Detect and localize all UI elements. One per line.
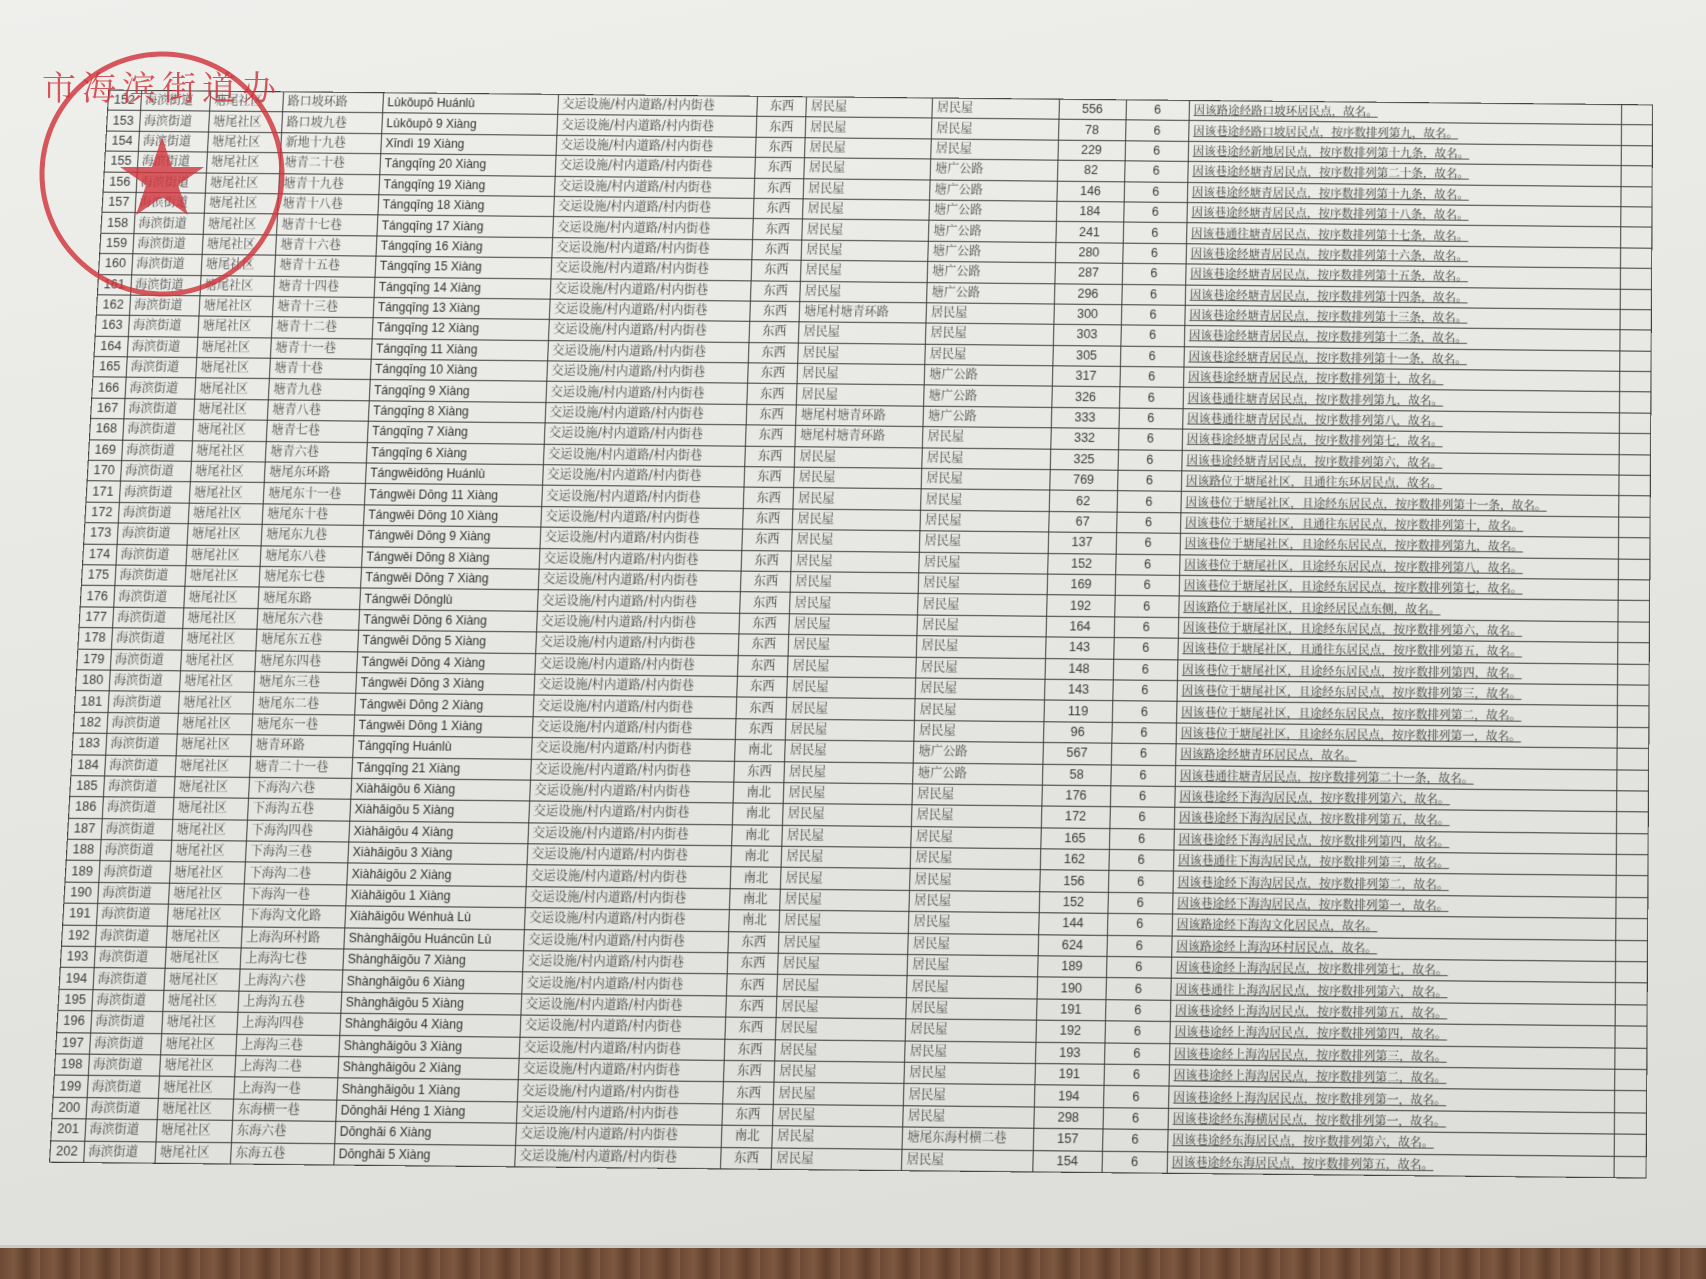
start-point-cell: 居民屋 — [778, 932, 908, 955]
standard-name-cell: 路口坡九巷 — [282, 112, 383, 133]
direction-cell: 东西 — [726, 996, 777, 1018]
blank-cell — [1619, 454, 1650, 475]
end-point-cell: 居民屋 — [910, 869, 1040, 892]
direction-cell: 南北 — [732, 825, 783, 847]
standard-name-cell: 上海沟二巷 — [235, 1056, 339, 1079]
direction-cell: 东西 — [746, 404, 796, 425]
pinyin-cell: Tángqīng 20 Xiàng — [380, 154, 556, 176]
pinyin-cell: Dōnghǎi Héng 1 Xiàng — [336, 1100, 518, 1123]
row-number: 197 — [56, 1032, 91, 1054]
category-cell: 交运设施/村内道路/村内街巷 — [537, 590, 740, 613]
row-number: 162 — [96, 295, 130, 316]
width-cell: 6 — [1121, 305, 1185, 326]
direction-cell: 南北 — [730, 889, 781, 911]
width-cell: 6 — [1107, 914, 1172, 936]
start-point-cell: 居民屋 — [802, 219, 929, 241]
length-cell: 280 — [1055, 242, 1123, 263]
length-cell: 325 — [1050, 449, 1118, 470]
community-cell: 塘尾社区 — [178, 692, 254, 714]
pinyin-cell: Tángwěi Dōng 10 Xiàng — [363, 505, 541, 528]
row-number: 167 — [91, 398, 125, 419]
pinyin-cell: Xiàhǎigōu 1 Xiàng — [346, 885, 526, 908]
end-point-cell: 塘广公路 — [930, 180, 1057, 202]
blank-cell — [1618, 601, 1649, 622]
length-cell: 317 — [1052, 366, 1120, 387]
blank-cell — [1621, 289, 1652, 310]
community-cell: 塘尾社区 — [201, 255, 276, 276]
end-point-cell: 居民屋 — [914, 720, 1043, 742]
direction-cell: 南北 — [730, 867, 781, 889]
pinyin-cell: Tángqīng 11 Xiàng — [371, 339, 548, 361]
standard-name-cell: 下海沟六巷 — [249, 777, 352, 799]
category-cell: 交运设施/村内道路/村内街巷 — [552, 237, 753, 259]
length-cell: 190 — [1037, 977, 1107, 999]
standard-name-cell: 塘尾东十一巷 — [263, 483, 365, 505]
category-cell: 交运设施/村内道路/村内街巷 — [556, 135, 757, 157]
community-cell: 塘尾社区 — [182, 608, 258, 630]
end-point-cell: 居民屋 — [909, 912, 1039, 935]
category-cell: 交运设施/村内道路/村内街巷 — [555, 156, 756, 178]
width-cell: 6 — [1103, 1107, 1169, 1129]
standard-name-cell: 下海沟一巷 — [243, 884, 346, 906]
street-cell: 海滨街道 — [97, 882, 169, 904]
width-cell: 6 — [1107, 935, 1172, 957]
length-cell: 165 — [1040, 828, 1109, 850]
width-cell: 6 — [1111, 743, 1176, 765]
width-cell: 6 — [1115, 554, 1179, 576]
start-point-cell: 居民屋 — [797, 363, 925, 385]
blank-cell — [1621, 227, 1652, 248]
street-cell: 海滨街道 — [125, 378, 196, 399]
blank-cell — [1616, 897, 1648, 919]
length-cell: 169 — [1047, 574, 1116, 596]
street-cell: 海滨街道 — [102, 797, 174, 819]
end-point-cell: 居民屋 — [912, 784, 1042, 807]
length-cell: 300 — [1053, 304, 1121, 325]
direction-cell: 南北 — [722, 1125, 773, 1147]
direction-cell: 东西 — [741, 550, 791, 571]
end-point-cell: 塘广公路 — [927, 282, 1055, 304]
street-cell: 海滨街道 — [104, 755, 176, 777]
start-point-cell: 居民屋 — [791, 551, 920, 573]
start-point-cell: 居民屋 — [790, 593, 919, 615]
category-cell: 交运设施/村内道路/村内街巷 — [533, 695, 737, 718]
category-cell: 交运设施/村内道路/村内街巷 — [518, 1058, 724, 1082]
direction-cell: 东西 — [749, 322, 799, 343]
length-cell: 194 — [1034, 1085, 1104, 1107]
end-point-cell: 居民屋 — [904, 1062, 1035, 1085]
category-cell: 交运设施/村内道路/村内街巷 — [515, 1123, 722, 1147]
street-cell: 海滨街道 — [93, 968, 165, 990]
street-cell: 海滨街道 — [117, 523, 188, 545]
blank-cell — [1622, 125, 1653, 146]
start-point-cell: 塘尾村塘青环路 — [795, 426, 923, 448]
start-point-cell: 居民屋 — [803, 178, 930, 200]
length-cell: 326 — [1051, 387, 1119, 408]
start-point-cell: 居民屋 — [775, 1039, 906, 1062]
street-cell: 海滨街道 — [108, 691, 180, 713]
start-point-cell: 居民屋 — [798, 343, 926, 365]
pinyin-cell: Tángwěi Dōng 7 Xiàng — [360, 567, 539, 590]
row-number: 181 — [74, 691, 108, 712]
street-cell: 海滨街道 — [87, 1076, 160, 1098]
standard-name-cell: 塘尾东八巷 — [260, 545, 362, 567]
length-cell: 296 — [1054, 283, 1122, 304]
community-cell: 塘尾社区 — [171, 819, 247, 841]
width-cell: 6 — [1112, 701, 1177, 723]
length-cell: 287 — [1054, 263, 1122, 284]
width-cell: 6 — [1113, 680, 1178, 702]
direction-cell: 东西 — [736, 718, 787, 740]
community-cell: 塘尾社区 — [208, 111, 282, 132]
blank-cell — [1621, 268, 1652, 289]
row-number: 160 — [99, 254, 133, 275]
length-cell: 192 — [1036, 1020, 1106, 1042]
pinyin-cell: Tángqīng 14 Xiàng — [374, 277, 551, 299]
row-number: 185 — [70, 776, 104, 798]
pinyin-cell: Tángwěi Dōng 11 Xiàng — [364, 484, 542, 507]
end-point-cell: 居民屋 — [916, 657, 1045, 679]
width-cell: 6 — [1118, 429, 1182, 450]
community-cell: 塘尾社区 — [156, 1120, 233, 1142]
community-cell: 塘尾社区 — [200, 275, 275, 296]
community-cell: 塘尾社区 — [203, 214, 278, 235]
place-name-table-container: 152海滨街道塘尾社区路口坡环路Lùkǒupō Huánlù交运设施/村内道路/… — [49, 90, 1653, 1179]
width-cell: 6 — [1114, 596, 1179, 618]
end-point-cell: 塘广公路 — [924, 385, 1052, 407]
category-cell: 交运设施/村内道路/村内街巷 — [515, 1145, 722, 1169]
street-cell: 海滨街道 — [101, 818, 173, 840]
end-point-cell: 居民屋 — [925, 344, 1053, 366]
category-cell: 交运设施/村内道路/村内街巷 — [541, 506, 744, 529]
direction-cell: 东西 — [736, 697, 787, 719]
start-point-cell: 居民屋 — [788, 656, 917, 678]
start-point-cell: 居民屋 — [771, 1148, 902, 1171]
category-cell: 交运设施/村内道路/村内街巷 — [544, 423, 746, 446]
end-point-cell: 居民屋 — [915, 678, 1044, 700]
pinyin-cell: Tángqīng 6 Xiàng — [366, 442, 544, 465]
street-cell: 海滨街道 — [130, 274, 201, 295]
standard-name-cell: 塘青十八巷 — [278, 194, 379, 215]
pinyin-cell: Tángqīng 15 Xiàng — [375, 256, 552, 278]
end-point-cell: 居民屋 — [906, 1019, 1037, 1042]
community-cell: 塘尾社区 — [180, 650, 256, 672]
start-point-cell: 居民屋 — [781, 868, 911, 891]
pinyin-cell: Tángqīng 7 Xiàng — [367, 421, 545, 443]
start-point-cell: 居民屋 — [788, 635, 917, 657]
standard-name-cell: 下海沟五巷 — [248, 799, 351, 821]
end-point-cell: 居民屋 — [932, 98, 1059, 120]
community-cell: 塘尾社区 — [179, 671, 255, 693]
street-cell: 海滨街道 — [138, 131, 208, 152]
row-number: 179 — [77, 649, 111, 670]
width-cell: 6 — [1110, 786, 1175, 808]
category-cell: 交运设施/村内道路/村内街巷 — [529, 780, 734, 803]
community-cell: 塘尾社区 — [176, 734, 252, 756]
community-cell: 塘尾社区 — [189, 482, 264, 504]
street-cell: 海滨街道 — [129, 295, 200, 316]
row-number: 196 — [57, 1011, 92, 1033]
row-number: 163 — [95, 315, 129, 336]
length-cell: 154 — [1032, 1150, 1102, 1172]
pinyin-cell: Tángqīng 17 Xiàng — [377, 215, 554, 237]
end-point-cell: 居民屋 — [915, 699, 1044, 721]
community-cell: 塘尾社区 — [184, 587, 259, 609]
start-point-cell: 居民屋 — [790, 572, 919, 594]
width-cell: 6 — [1124, 161, 1188, 182]
street-cell: 海滨街道 — [140, 90, 210, 111]
width-cell: 6 — [1108, 871, 1173, 893]
pinyin-cell: Lùkǒupō Huánlù — [382, 93, 558, 115]
street-cell: 海滨街道 — [131, 254, 202, 275]
end-point-cell: 塘广公路 — [925, 365, 1053, 387]
row-number: 176 — [80, 586, 114, 607]
end-point-cell: 塘广公路 — [929, 200, 1056, 222]
community-cell: 塘尾社区 — [194, 378, 269, 399]
category-cell: 交运设施/村内道路/村内街巷 — [526, 865, 731, 888]
start-point-cell: 居民屋 — [801, 240, 928, 262]
row-number: 182 — [73, 712, 107, 733]
row-number: 202 — [50, 1140, 85, 1162]
community-cell: 塘尾社区 — [165, 947, 241, 969]
community-cell: 塘尾社区 — [161, 1012, 238, 1034]
standard-name-cell: 塘青八巷 — [267, 400, 369, 422]
direction-cell: 东西 — [748, 363, 798, 384]
row-number: 157 — [102, 192, 136, 213]
start-point-cell: 居民屋 — [794, 446, 922, 468]
start-point-cell: 居民屋 — [805, 138, 932, 160]
community-cell: 塘尾社区 — [186, 545, 261, 567]
street-cell: 海滨街道 — [91, 989, 163, 1011]
end-point-cell: 塘广公路 — [930, 159, 1057, 181]
direction-cell: 东西 — [747, 384, 797, 405]
end-point-cell: 居民屋 — [917, 615, 1046, 637]
standard-name-cell: 上海沟三巷 — [236, 1034, 340, 1057]
row-number: 174 — [83, 544, 117, 565]
standard-name-cell: 塘青七巷 — [266, 420, 368, 442]
direction-cell: 南北 — [733, 782, 784, 804]
length-cell: 146 — [1057, 181, 1125, 202]
width-cell: 6 — [1117, 491, 1181, 512]
community-cell: 塘尾社区 — [195, 358, 270, 379]
table-body: 152海滨街道塘尾社区路口坡环路Lùkǒupō Huánlù交运设施/村内道路/… — [50, 90, 1653, 1178]
end-point-cell: 塘广公路 — [928, 262, 1055, 284]
direction-cell: 南北 — [735, 740, 786, 762]
width-cell: 6 — [1115, 575, 1180, 597]
length-cell: 189 — [1037, 956, 1107, 978]
street-cell: 海滨街道 — [136, 172, 206, 193]
pinyin-cell: Xiàhǎigōu 4 Xiàng — [349, 821, 529, 844]
length-cell: 332 — [1050, 428, 1118, 449]
end-point-cell: 居民屋 — [919, 552, 1048, 574]
blank-cell — [1621, 207, 1652, 228]
pinyin-cell: Shànghǎigōu Huáncūn Lù — [344, 928, 525, 951]
start-point-cell: 居民屋 — [806, 97, 933, 119]
width-cell: 6 — [1122, 263, 1186, 284]
community-cell: 塘尾社区 — [204, 193, 279, 214]
standard-name-cell: 塘尾东一巷 — [252, 714, 355, 736]
length-cell: 303 — [1053, 325, 1121, 346]
direction-cell: 南北 — [731, 846, 782, 868]
length-cell: 164 — [1046, 616, 1115, 638]
pinyin-cell: Shànghǎigōu 4 Xiàng — [340, 1013, 521, 1036]
pinyin-cell: Tángwěi Dōng 4 Xiàng — [356, 651, 535, 674]
length-cell: 58 — [1042, 764, 1111, 786]
street-cell: 海滨街道 — [133, 213, 204, 234]
blank-cell — [1619, 580, 1650, 601]
street-cell: 海滨街道 — [123, 398, 194, 419]
start-point-cell: 居民屋 — [773, 1083, 904, 1106]
standard-name-cell: 塘尾东二巷 — [253, 693, 356, 715]
end-point-cell: 居民屋 — [904, 1084, 1035, 1107]
category-cell: 交运设施/村内道路/村内街巷 — [527, 844, 732, 867]
street-cell: 海滨街道 — [94, 947, 166, 969]
start-point-cell: 居民屋 — [772, 1126, 903, 1149]
width-cell: 6 — [1124, 181, 1188, 202]
length-cell: 184 — [1056, 201, 1124, 222]
blank-cell — [1617, 812, 1648, 834]
pinyin-cell: Tángqīng 16 Xiàng — [376, 236, 553, 258]
end-point-cell: 居民屋 — [917, 636, 1046, 658]
community-cell: 塘尾社区 — [158, 1076, 235, 1098]
street-cell: 海滨街道 — [106, 712, 178, 734]
end-point-cell: 居民屋 — [932, 118, 1059, 140]
direction-cell: 东西 — [752, 239, 802, 260]
category-cell: 交运设施/村内道路/村内街巷 — [540, 527, 743, 550]
direction-cell: 东西 — [754, 178, 804, 199]
street-cell: 海滨街道 — [88, 1054, 160, 1076]
length-cell: 193 — [1035, 1042, 1105, 1064]
direction-cell: 东西 — [756, 117, 806, 138]
row-number: 186 — [69, 797, 103, 819]
end-point-cell: 居民屋 — [906, 998, 1036, 1021]
standard-name-cell: 东海六巷 — [232, 1120, 336, 1143]
blank-cell — [1619, 496, 1650, 517]
end-point-cell: 居民屋 — [920, 531, 1049, 553]
street-cell: 海滨街道 — [96, 904, 168, 926]
standard-name-cell: 塘青十九巷 — [279, 173, 380, 194]
direction-cell: 东西 — [722, 1104, 773, 1126]
street-cell: 海滨街道 — [98, 861, 170, 883]
pinyin-cell: Xiàhǎigōu 6 Xiàng — [351, 778, 531, 801]
community-cell: 塘尾社区 — [193, 399, 268, 420]
direction-cell: 东西 — [734, 761, 785, 783]
standard-name-cell: 塘尾东十巷 — [262, 504, 364, 526]
start-point-cell: 居民屋 — [777, 975, 907, 998]
category-cell: 交运设施/村内道路/村内街巷 — [547, 361, 749, 384]
community-cell: 塘尾社区 — [177, 713, 253, 735]
width-cell: 6 — [1121, 325, 1185, 346]
row-number: 193 — [60, 946, 95, 968]
direction-cell: 南北 — [733, 803, 784, 825]
community-cell: 塘尾社区 — [205, 173, 280, 194]
category-cell: 交运设施/村内道路/村内街巷 — [551, 258, 752, 280]
community-cell: 塘尾社区 — [187, 524, 262, 546]
pinyin-cell: Tángqīng Huánlù — [353, 736, 533, 759]
category-cell: 交运设施/村内道路/村内街巷 — [525, 887, 730, 910]
standard-name-cell: 下海沟四巷 — [246, 820, 349, 842]
blank-cell — [1615, 1134, 1647, 1156]
end-point-cell: 塘广公路 — [914, 741, 1043, 763]
standard-name-cell: 塘青二十一巷 — [250, 756, 353, 778]
pinyin-cell: Tángqīng 21 Xiàng — [352, 757, 532, 780]
standard-name-cell: 下海沟文化路 — [242, 905, 345, 927]
standard-name-cell: 上海沟环村路 — [241, 927, 344, 949]
direction-cell: 东西 — [743, 508, 793, 529]
place-name-table: 152海滨街道塘尾社区路口坡环路Lùkǒupō Huánlù交运设施/村内道路/… — [49, 90, 1653, 1179]
category-cell: 交运设施/村内道路/村内街巷 — [522, 951, 728, 974]
direction-cell: 东西 — [750, 301, 800, 322]
standard-name-cell: 塘青十一巷 — [270, 338, 372, 360]
street-cell: 海滨街道 — [114, 565, 185, 587]
category-cell: 交运设施/村内道路/村内街巷 — [543, 444, 746, 467]
category-cell: 交运设施/村内道路/村内街巷 — [550, 278, 751, 301]
standard-name-cell: 上海沟七巷 — [240, 948, 343, 970]
width-cell: 6 — [1109, 850, 1174, 872]
category-cell: 交运设施/村内道路/村内街巷 — [531, 738, 735, 761]
street-cell: 海滨街道 — [113, 586, 184, 608]
street-cell: 海滨街道 — [127, 336, 198, 357]
length-cell: 191 — [1034, 1063, 1104, 1085]
row-number: 199 — [53, 1075, 88, 1097]
blank-cell — [1618, 685, 1649, 706]
category-cell: 交运设施/村内道路/村内街巷 — [519, 1037, 725, 1061]
end-point-cell: 居民屋 — [911, 826, 1041, 849]
width-cell: 6 — [1106, 956, 1171, 978]
start-point-cell: 居民屋 — [773, 1104, 904, 1127]
direction-cell: 东西 — [742, 529, 792, 550]
length-cell: 152 — [1047, 553, 1116, 575]
start-point-cell: 居民屋 — [774, 1061, 905, 1084]
start-point-cell: 居民屋 — [793, 488, 921, 510]
standard-name-cell: 塘青十四巷 — [274, 276, 375, 298]
community-cell: 塘尾社区 — [168, 883, 244, 905]
pinyin-cell: Lùkǒupō 9 Xiàng — [381, 113, 557, 135]
community-cell: 塘尾社区 — [192, 420, 267, 441]
row-number: 173 — [84, 523, 118, 544]
category-cell: 交运设施/村内道路/村内街巷 — [545, 402, 747, 425]
width-cell: 6 — [1123, 222, 1187, 243]
category-cell: 交运设施/村内道路/村内街巷 — [529, 801, 734, 824]
community-cell: 塘尾社区 — [181, 629, 257, 651]
blank-cell — [1615, 1069, 1647, 1091]
street-cell: 海滨街道 — [118, 502, 189, 524]
length-cell: 567 — [1042, 743, 1111, 765]
direction-cell: 东西 — [746, 425, 796, 446]
start-point-cell: 居民屋 — [782, 825, 912, 848]
end-point-cell: 塘广公路 — [913, 763, 1042, 785]
start-point-cell: 塘尾村塘青环路 — [796, 405, 924, 427]
length-cell: 176 — [1041, 785, 1110, 807]
blank-cell — [1615, 1091, 1647, 1113]
length-cell: 143 — [1044, 679, 1113, 701]
blank-cell — [1618, 622, 1649, 643]
blank-cell — [1619, 517, 1650, 538]
row-number: 187 — [67, 818, 101, 840]
direction-cell: 东西 — [754, 198, 804, 219]
blank-cell — [1618, 664, 1649, 685]
length-cell: 769 — [1049, 470, 1117, 491]
blank-cell — [1616, 876, 1648, 898]
row-number: 169 — [88, 440, 122, 461]
pinyin-cell: Tángqīng 19 Xiàng — [379, 174, 555, 196]
street-cell: 海滨街道 — [128, 316, 199, 337]
direction-cell: 南北 — [729, 910, 780, 932]
category-cell: 交运设施/村内道路/村内街巷 — [532, 716, 736, 739]
width-cell: 6 — [1102, 1151, 1168, 1173]
standard-name-cell: 塘青十巷 — [269, 358, 371, 380]
end-point-cell: 居民屋 — [903, 1105, 1034, 1128]
